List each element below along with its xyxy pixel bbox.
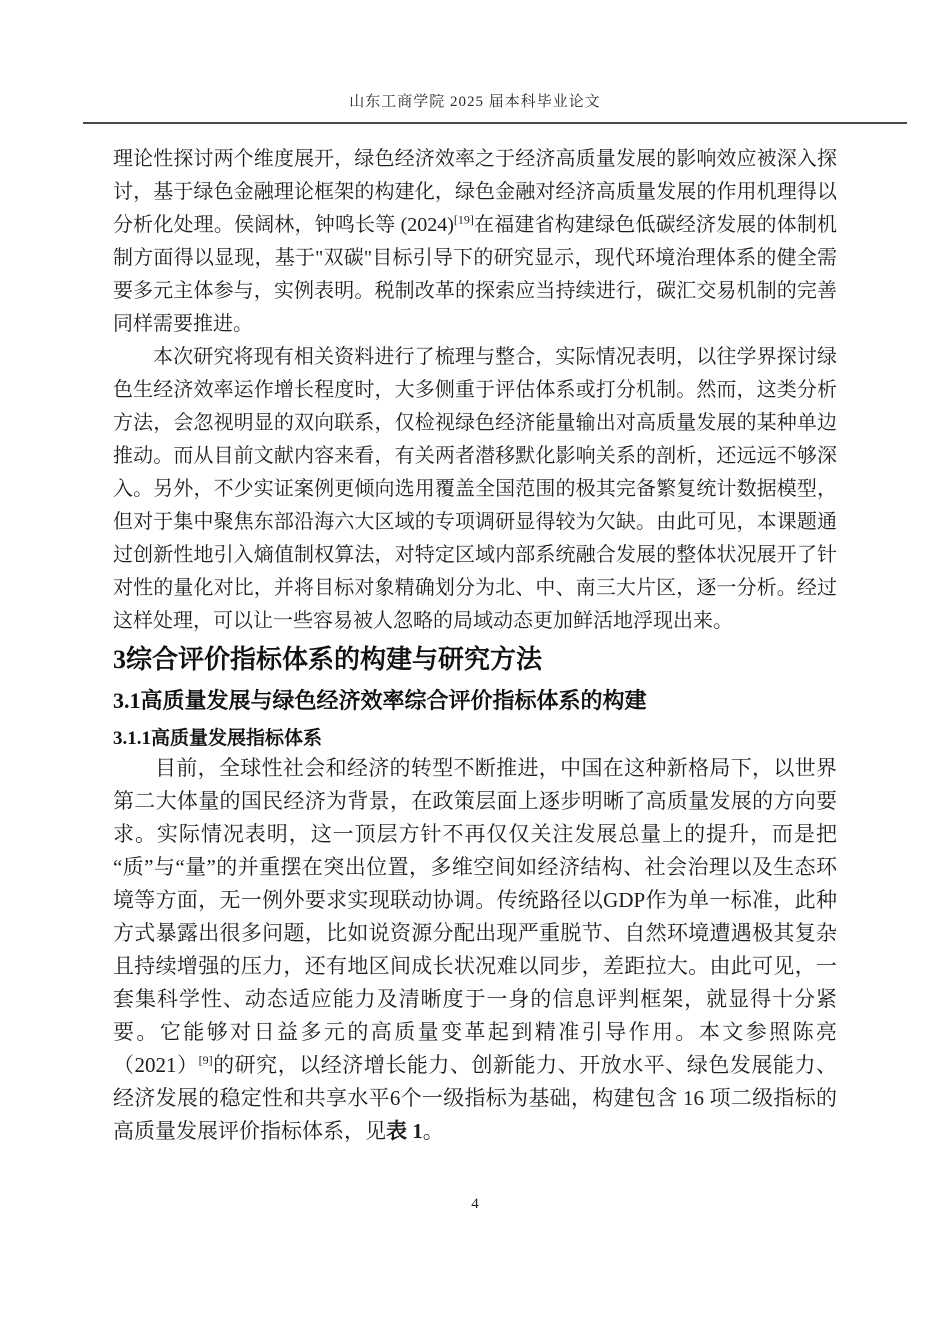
paragraph-3-text-continued: 的研究，以经济增长能力、创新能力、开放水平、绿色发展能力、经济发展的稳定性和共享… — [113, 1053, 837, 1143]
document-body: 理论性探讨两个维度展开，绿色经济效率之于经济高质量发展的影响效应被深入探讨，基于… — [113, 143, 837, 1148]
table-1-reference: 表 1 — [386, 1119, 423, 1143]
header-rule — [83, 122, 907, 124]
page-number: 4 — [471, 1196, 479, 1212]
document-page: 山东工商学院 2025 届本科毕业论文 理论性探讨两个维度展开，绿色经济效率之于… — [0, 0, 950, 1343]
page-footer: 4 — [0, 1196, 950, 1213]
citation-ref-19: [19] — [454, 212, 474, 226]
heading-section-3: 3综合评价指标体系的构建与研究方法 — [113, 644, 837, 676]
citation-ref-9: [9] — [199, 1053, 213, 1067]
heading-section-3-1-1: 3.1.1高质量发展指标体系 — [113, 726, 837, 752]
paragraph-2: 本次研究将现有相关资料进行了梳理与整合，实际情况表明，以往学界探讨绿色生经济效率… — [113, 341, 837, 638]
paragraph-1: 理论性探讨两个维度展开，绿色经济效率之于经济高质量发展的影响效应被深入探讨，基于… — [113, 143, 837, 341]
paragraph-3-text: 目前，全球性社会和经济的转型不断推进，中国在这种新格局下，以世界第二大体量的国民… — [113, 756, 837, 1077]
header-title: 山东工商学院 2025 届本科毕业论文 — [0, 90, 950, 111]
heading-section-3-1: 3.1高质量发展与绿色经济效率综合评价指标体系的构建 — [113, 686, 837, 716]
paragraph-3-text-end: 。 — [423, 1119, 444, 1143]
paragraph-3: 目前，全球性社会和经济的转型不断推进，中国在这种新格局下，以世界第二大体量的国民… — [113, 752, 837, 1148]
